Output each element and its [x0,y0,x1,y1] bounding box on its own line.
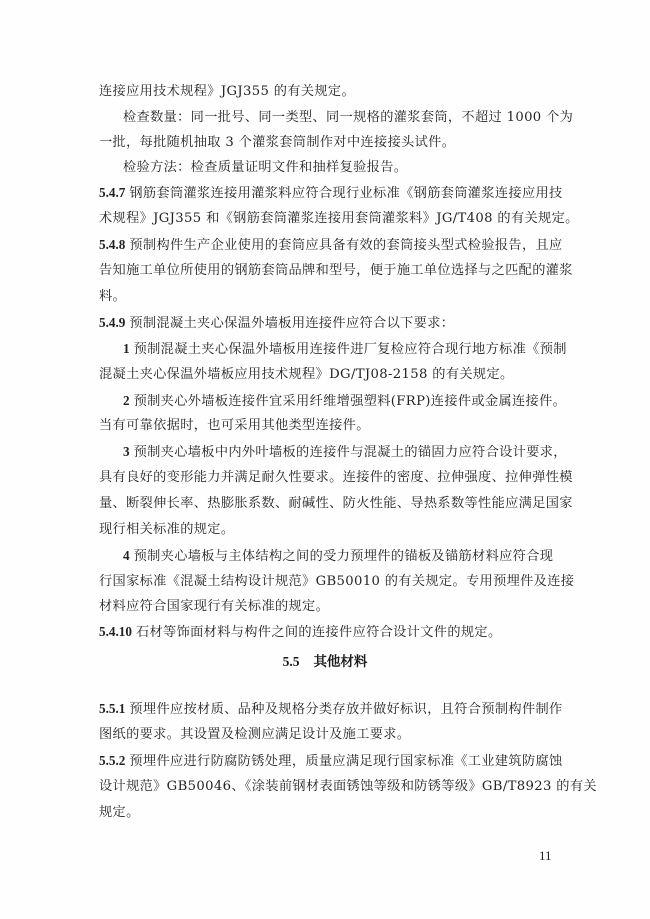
clause-5-4-10: 5.4.10石材等饰面材料与构件之间的连接件应符合设计文件的规定。 [99,623,581,642]
text-line: 行国家标准《混凝土结构设计规范》GB50010 的有关规定。专用预埋件及连接 [99,573,581,591]
text-line: 材料应符合国家现行有关标准的规定。 [99,598,581,616]
page-number: 11 [539,848,552,864]
clause-number: 5.4.9 [99,315,125,330]
clause-5-4-7: 5.4.7钢筋套筒灌浆连接用灌浆料应符合现行业标准《钢筋套筒灌浆连接应用技 [99,184,581,203]
item-2: 2预制夹心外墙板连接件宜采用纤维增强塑料(FRP)连接件或金属连接件。 [123,392,581,411]
text-line: 当有可靠依据时，也可采用其他类型连接件。 [99,417,581,435]
clause-number: 5.4.10 [99,624,132,639]
clause-5-4-8: 5.4.8预制构件生产企业使用的套筒应具备有效的套筒接头型式检验报告，且应 [99,236,581,255]
section-title: 其他材料 [313,654,367,670]
text-line: 术规程》JGJ355 和《钢筋套筒灌浆连接用套筒灌浆料》JG/T408 的有关规… [99,210,581,228]
item-number: 2 [123,393,130,408]
text-line: 设计规范》GB50046、《涂装前钢材表面锈蚀等级和防锈等级》GB/T8923 … [99,778,581,796]
text-line: 检查数量：同一批号、同一类型、同一规格的灌浆套筒，不超过 1000 个为 [123,109,581,127]
clause-number: 5.4.7 [99,185,125,200]
text-line: 告知施工单位所使用的钢筋套筒品牌和型号，便于施工单位选择与之匹配的灌浆 [99,262,581,280]
item-4: 4预制夹心墙板与主体结构之间的受力预埋件的锚板及锚筋材料应符合现 [123,547,581,566]
text-line: 量、断裂伸长率、热膨胀系数、耐碱性、防火性能、导热系数等性能应满足国家 [99,495,581,513]
text-line: 具有良好的变形能力并满足耐久性要求。连接件的密度、拉伸强度、拉伸弹性模 [99,469,581,487]
clause-5-5-1: 5.5.1预埋件应按材质、品种及规格分类存放并做好标识，且符合预制构件制作 [99,700,581,719]
clause-number: 5.5.1 [99,701,125,716]
section-heading: 5.5其他材料 [0,653,650,671]
item-1: 1预制混凝土夹心保温外墙板用连接件进厂复检应符合现行地方标准《预制 [123,340,581,359]
text-line: 混凝土夹心保温外墙板应用技术规程》DG/TJ08-2158 的有关规定。 [99,366,581,384]
document-page: 连接应用技术规程》JGJ355 的有关规定。 检查数量：同一批号、同一类型、同一… [0,0,650,919]
clause-number: 5.5.2 [99,753,125,768]
text-line: 现行相关标准的规定。 [99,521,581,539]
clause-5-5-2: 5.5.2预埋件应进行防腐防锈处理，质量应满足现行国家标准《工业建筑防腐蚀 [99,752,581,771]
text-line: 连接应用技术规程》JGJ355 的有关规定。 [99,83,581,101]
item-number: 1 [123,341,130,356]
clause-number: 5.4.8 [99,237,125,252]
clause-5-4-9: 5.4.9预制混凝土夹心保温外墙板用连接件应符合以下要求： [99,314,581,333]
item-3: 3预制夹心墙板中内外叶墙板的连接件与混凝土的锚固力应符合设计要求， [123,443,581,462]
text-line: 一批，每批随机抽取 3 个灌浆套筒制作对中连接接头试件。 [99,134,581,152]
item-number: 3 [123,444,130,459]
section-number: 5.5 [283,654,300,669]
text-line: 料。 [99,288,581,306]
text-line: 检验方法：检查质量证明文件和抽样复验报告。 [123,159,581,177]
text-line: 图纸的要求。其设置及检测应满足设计及施工要求。 [99,726,581,744]
item-number: 4 [123,548,130,563]
text-line: 规定。 [99,804,581,822]
